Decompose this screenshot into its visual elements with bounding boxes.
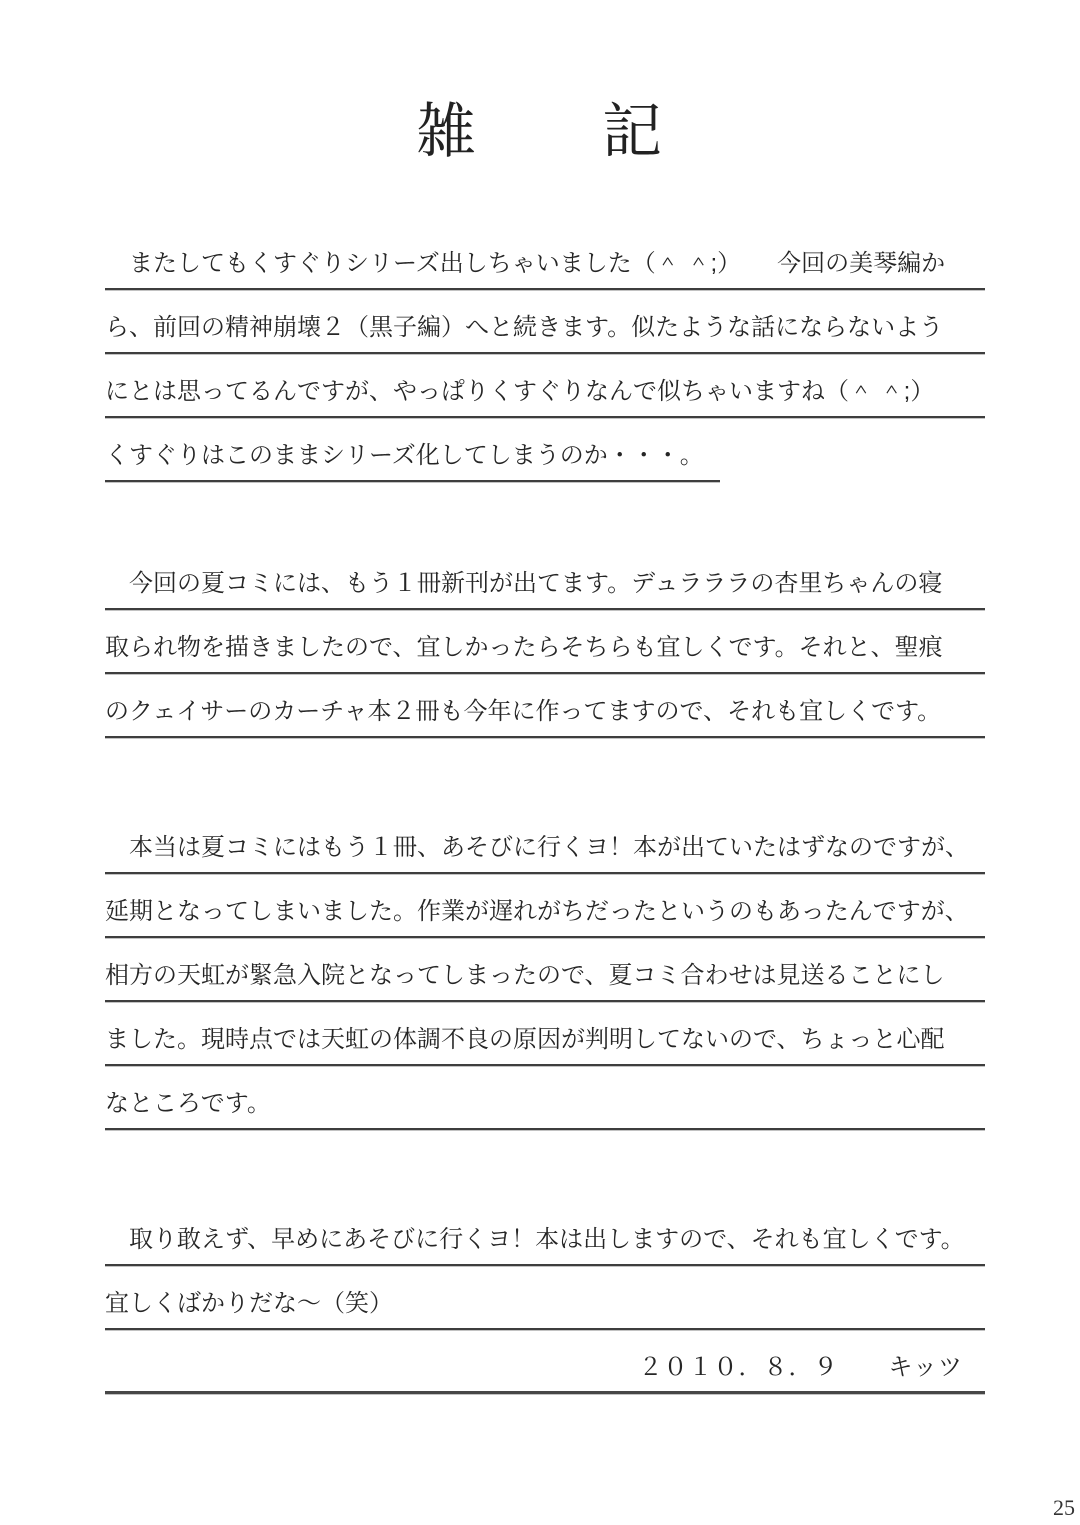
text-line-content: 取られ物を描きましたので、宜しかったらそちらも宜しくです。それと、聖痕: [105, 633, 943, 663]
text-line: ら、前回の精神崩壊２（黒子編）へと続きます。似たような話にならないよう: [105, 290, 985, 354]
text-line-content: にとは思ってるんですが、やっぱりくすぐりなんで似ちゃいますね（＾ ＾;）: [105, 377, 934, 407]
text-line: なところです。: [105, 1066, 985, 1130]
text-line: くすぐりはこのままシリーズ化してしまうのか・・・。: [105, 418, 985, 482]
text-line: 宜しくばかりだな～（笑）: [105, 1266, 985, 1330]
signature-date-author: ２０１０．８．９ キッツ: [638, 1353, 963, 1383]
text-line-content: 相方の天虹が緊急入院となってしまったので、夏コミ合わせは見送ることにし: [105, 961, 945, 991]
text-line-content: 取り敢えず、早めにあそびに行くヨ！本は出しますので、それも宜しくです。: [105, 1225, 965, 1255]
text-line: のクェイサーのカーチャ本２冊も今年に作ってますので、それも宜しくです。: [105, 674, 985, 738]
text-line: にとは思ってるんですが、やっぱりくすぐりなんで似ちゃいますね（＾ ＾;）: [105, 354, 985, 418]
underline-rule: [105, 736, 985, 738]
text-line-content: 本当は夏コミにはもう１冊、あそびに行くヨ！本が出ていたはずなのですが、: [105, 833, 969, 863]
text-column: またしてもくすぐりシリーズ出しちゃいました（＾ ＾;） 今回の美琴編か ら、前回…: [105, 226, 985, 1394]
text-line-content: なところです。: [105, 1089, 271, 1119]
text-line-content: またしてもくすぐりシリーズ出しちゃいました（＾ ＾;） 今回の美琴編か: [105, 249, 945, 279]
underline-rule: [105, 480, 720, 482]
text-line-content: ました。現時点では天虹の体調不良の原因が判明してないので、ちょっと心配: [105, 1025, 945, 1055]
text-line: 今回の夏コミには、もう１冊新刊が出てます。デュラララの杏里ちゃんの寝: [105, 546, 985, 610]
underline-rule: [105, 1128, 985, 1130]
text-line-content: 延期となってしまいました。作業が遅れがちだったというのもあったんですが、: [105, 897, 969, 927]
text-line: ました。現時点では天虹の体調不良の原因が判明してないので、ちょっと心配: [105, 1002, 985, 1066]
text-line: 相方の天虹が緊急入院となってしまったので、夏コミ合わせは見送ることにし: [105, 938, 985, 1002]
text-line: 延期となってしまいました。作業が遅れがちだったというのもあったんですが、: [105, 874, 985, 938]
page-number: 25: [1053, 1495, 1075, 1521]
text-line: またしてもくすぐりシリーズ出しちゃいました（＾ ＾;） 今回の美琴編か: [105, 226, 985, 290]
text-line: 本当は夏コミにはもう１冊、あそびに行くヨ！本が出ていたはずなのですが、: [105, 810, 985, 874]
paragraph-gap: [105, 738, 985, 810]
text-line: 取り敢えず、早めにあそびに行くヨ！本は出しますので、それも宜しくです。: [105, 1202, 985, 1266]
text-line-content: くすぐりはこのままシリーズ化してしまうのか・・・。: [105, 441, 704, 471]
text-line-content: 宜しくばかりだな～（笑）: [105, 1289, 393, 1319]
paragraph-gap: [105, 1130, 985, 1202]
document-page: 雑 記 またしてもくすぐりシリーズ出しちゃいました（＾ ＾;） 今回の美琴編か …: [0, 0, 1080, 1525]
text-line: 取られ物を描きましたので、宜しかったらそちらも宜しくです。それと、聖痕: [105, 610, 985, 674]
signature-rule: [105, 1391, 985, 1394]
signature-line: ２０１０．８．９ キッツ: [105, 1330, 985, 1394]
text-line-content: のクェイサーのカーチャ本２冊も今年に作ってますので、それも宜しくです。: [105, 697, 941, 727]
paragraph-gap: [105, 482, 985, 546]
text-line-content: 今回の夏コミには、もう１冊新刊が出てます。デュラララの杏里ちゃんの寝: [105, 569, 942, 599]
text-line-content: ら、前回の精神崩壊２（黒子編）へと続きます。似たような話にならないよう: [105, 313, 943, 343]
page-title: 雑 記: [0, 102, 1080, 162]
